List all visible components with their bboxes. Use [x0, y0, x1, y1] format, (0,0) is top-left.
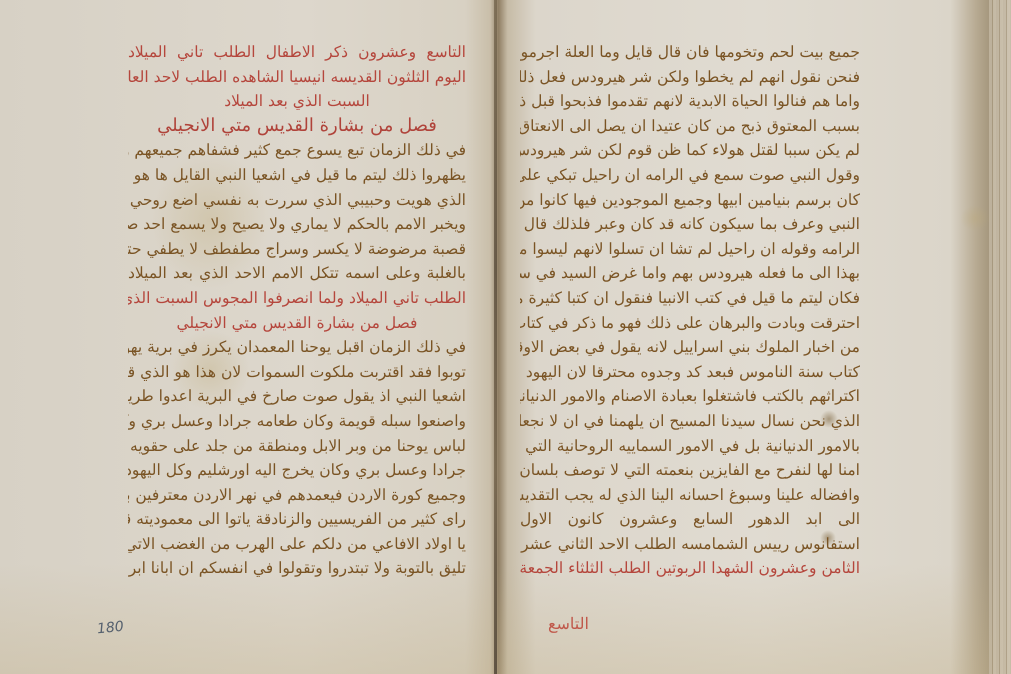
text-line: وافضاله علينا وسبوغ احسانه الينا الذي له…: [520, 483, 860, 508]
text-line: الذي نحن نسال سيدنا المسيح ان يلهمنا في …: [520, 409, 860, 434]
text-line: تليق بالتوبة ولا تبتدروا وتقولوا في انفس…: [128, 556, 466, 581]
text-line: امنا لها لنفرح مع الفايزين بنعمته التي ل…: [520, 458, 860, 483]
text-line: واصنعوا سبله قويمة وكان طعامه جرادا وعسل…: [128, 409, 466, 434]
text-line: بهذا الى ما فعله هيرودس بهم واما غرض الس…: [520, 261, 860, 286]
text-line: جرادا وعسل بري وكان يخرج اليه اورشليم وك…: [128, 458, 466, 483]
right-page: جميع بيت لحم وتخومها فان قال قايل وما ال…: [520, 40, 860, 581]
text-line: يظهروا ذلك ليتم ما قيل في اشعيا النبي ال…: [128, 163, 466, 188]
page-edges: [989, 0, 1011, 674]
left-page: التاسع وعشرون ذكر الاطفال الطلب تاني الم…: [128, 40, 466, 581]
text-line: الرامه وقوله ان راحيل لم تشا ان تسلوا لا…: [520, 237, 860, 262]
text-line: احترقت وبادت والبرهان على ذلك فهو ما ذكر…: [520, 311, 860, 336]
text-line: فنحن نقول انهم لم يخطوا ولكن شر هيرودس ف…: [520, 65, 860, 90]
rubric-line: اليوم الثلثون القديسه انيسيا الشاهده الط…: [128, 65, 466, 90]
text-line: ويخبر الامم بالحكم لا يماري ولا يصيح ولا…: [128, 212, 466, 237]
text-line: بسبب المعتوق ذبح من كان عتيدا ان يصل الى…: [520, 114, 860, 139]
mixed-line: الى ابد الدهور السابع وعشرون كانون الاول: [520, 507, 860, 532]
text-line: وقول النبي صوت سمع في الرامه ان راحيل تب…: [520, 163, 860, 188]
text-line: يا اولاد الافاعي من دلكم على الهرب من ال…: [128, 532, 466, 557]
text-line: في ذلك الزمان اقبل يوحنا المعمدان يكرز ف…: [128, 335, 466, 360]
text-line: كتاب سنة الناموس فبعد كد وجدوه محترقا لا…: [520, 360, 860, 385]
ink-spot: [960, 205, 990, 231]
text-line: الذي هويت وحبيبي الذي سررت به نفسي اضع ر…: [128, 188, 466, 213]
text-line: توبوا فقد اقتربت ملكوت السموات لان هذا ه…: [128, 360, 466, 385]
text-line: كان برسم بنيامين ابيها وجميع الموجودين ف…: [520, 188, 860, 213]
rubric-line: السبت الذي بعد الميلاد: [128, 89, 466, 114]
text-line: لم يكن سببا لقتل هولاء كما ظن قوم لكن شر…: [520, 138, 860, 163]
text-line: النبي وعرف بما سيكون كانه قد كان وعبر فل…: [520, 212, 860, 237]
catchword: التاسع: [548, 614, 589, 633]
text-line: جميع بيت لحم وتخومها فان قال قايل وما ال…: [520, 40, 860, 65]
text-line: من اخبار الملوك بني اسراييل لانه يقول في…: [520, 335, 860, 360]
text-line: اكتراثهم بالكتب فاشتغلوا بعبادة الاصنام …: [520, 384, 860, 409]
text-line: بالامور الدنيانية بل في الامور السماييه …: [520, 434, 860, 459]
text-line: اشعيا النبي اذ يقول صوت صارخ في البرية ا…: [128, 384, 466, 409]
text-line: راى كثير من الفريسيين والزنادقة ياتوا ال…: [128, 507, 466, 532]
text-line: واما هم فنالوا الحياة الابدية لانهم تقدم…: [520, 89, 860, 114]
section-heading: فصل من بشارة القديس متي الانجيلي: [128, 311, 466, 336]
rubric-line: الطلب تاني الميلاد ولما انصرفوا المجوس ا…: [128, 286, 466, 311]
manuscript-spread: التاسع وعشرون ذكر الاطفال الطلب تاني الم…: [0, 0, 1011, 674]
rubric-line: التاسع وعشرون ذكر الاطفال الطلب تاني الم…: [128, 40, 466, 65]
section-heading: فصل من بشارة القديس متي الانجيلي: [128, 114, 466, 139]
folio-number: 180: [96, 619, 124, 638]
text-line: وجميع كورة الاردن فيعمدهم في نهر الاردن …: [128, 483, 466, 508]
rubric-line: الثامن وعشرون الشهدا الربوتين الطلب الثل…: [520, 556, 860, 581]
text-line: في ذلك الزمان تبع يسوع جمع كثير فشفاهم ج…: [128, 138, 466, 163]
mixed-line: بالغلبة وعلى اسمه تتكل الامم الاحد الذي …: [128, 261, 466, 286]
binding-gutter: [494, 0, 497, 674]
text-line: قصبة مرضوضة لا يكسر وسراج مطفطف لا يطفي …: [128, 237, 466, 262]
mixed-line: استفانوس رييس الشمامسه الطلب الاحد الثان…: [520, 532, 860, 557]
text-line: لباس يوحنا من وبر الابل ومنطقة من جلد عل…: [128, 434, 466, 459]
text-line: فكان ليتم ما قيل في كتب الانبيا فنقول ان…: [520, 286, 860, 311]
